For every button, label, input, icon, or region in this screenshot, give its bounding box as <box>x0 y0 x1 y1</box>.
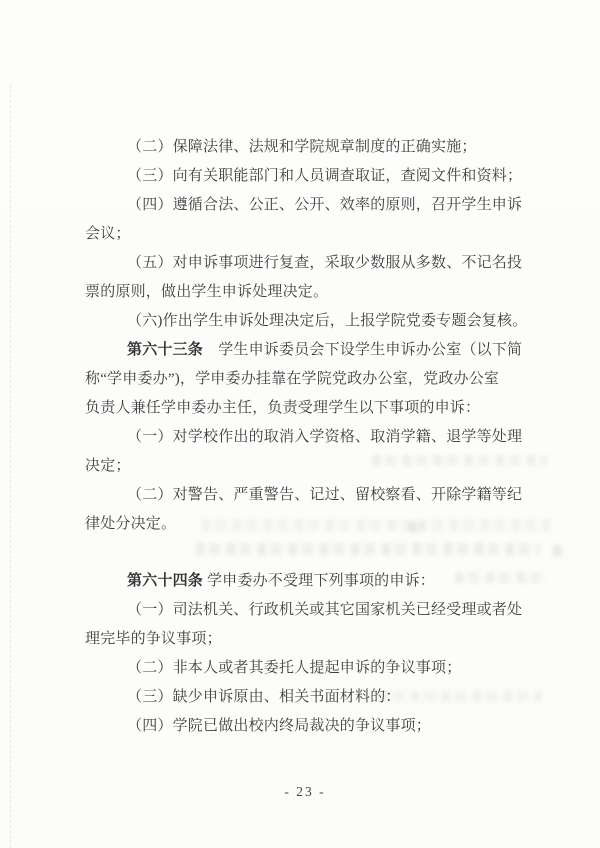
line-text: 决定； <box>85 458 131 474</box>
line-text: 理完毕的争议事项； <box>85 631 222 647</box>
line-text: （四）学院已做出校内终局裁决的争议事项； <box>127 718 431 734</box>
text-line: （二）保障法律、法规和学院规章制度的正确实施； <box>85 133 525 162</box>
line-text: 负责人兼任学申委办主任，负责受理学生以下事项的申诉： <box>85 400 480 416</box>
line-text: （三）向有关职能部门和人员调查取证，查阅文件和资料； <box>127 168 522 184</box>
text-line: （二）对警告、严重警告、记过、留校察看、开除学籍等纪 <box>85 481 525 510</box>
scanned-page: （二）保障法律、法规和学院规章制度的正确实施； （三）向有关职能部门和人员调查取… <box>0 0 600 848</box>
text-line: （一）对学校作出的取消入学资格、取消学籍、退学等处理 <box>85 423 525 452</box>
text-line: 会议； <box>85 220 525 249</box>
bleedthrough-smudge <box>553 545 565 557</box>
text-line: （二）非本人或者其委托人提起申诉的争议事项； <box>85 654 525 683</box>
line-text: 学申委办不受理下列事项的申诉： <box>203 573 435 589</box>
line-text: （五）对申诉事项进行复查，采取少数服从多数、不记名投 <box>127 255 522 271</box>
text-line: 第六十三条 学生申诉委员会下设学生申诉办公室（以下简 <box>85 336 525 365</box>
article-number: 第六十四条 <box>127 573 203 589</box>
text-line: （三）缺少申诉原由、相关书面材料的： <box>85 683 525 712</box>
text-line: 第六十四条 学申委办不受理下列事项的申诉： <box>85 567 525 596</box>
text-line: （六)作出学生申诉处理决定后，上报学院党委专题会复核。 <box>85 307 525 336</box>
line-text: 称“学申委办”)，学申委办挂靠在学院党政办公室，党政办公室 <box>85 371 499 387</box>
line-text: （二）保障法律、法规和学院规章制度的正确实施； <box>127 139 477 155</box>
line-text: （三）缺少申诉原由、相关书面材料的： <box>127 689 401 705</box>
text-line: （一）司法机关、行政机关或其它国家机关已经受理或者处 <box>85 596 525 625</box>
text-line: 律处分决定。 <box>85 510 525 539</box>
line-text: （一）对学校作出的取消入学资格、取消学籍、退学等处理 <box>127 429 522 445</box>
scan-edge-artifact <box>10 85 11 848</box>
text-line: （三）向有关职能部门和人员调查取证，查阅文件和资料； <box>85 162 525 191</box>
text-line: （四）学院已做出校内终局裁决的争议事项； <box>85 712 525 741</box>
text-line: （五）对申诉事项进行复查，采取少数服从多数、不记名投 <box>85 249 525 278</box>
text-line: 称“学申委办”)，学申委办挂靠在学院党政办公室，党政办公室 <box>85 365 525 394</box>
line-text: 会议； <box>85 226 131 242</box>
line-text: （二）非本人或者其委托人提起申诉的争议事项； <box>127 660 461 676</box>
line-text: （一）司法机关、行政机关或其它国家机关已经受理或者处 <box>127 602 522 618</box>
text-line: 决定； <box>85 452 525 481</box>
line-text: 票的原则，做出学生申诉处理决定。 <box>85 284 328 300</box>
text-line: 负责人兼任学申委办主任，负责受理学生以下事项的申诉： <box>85 394 525 423</box>
page-number: - 23 - <box>85 777 525 806</box>
text-line: 票的原则，做出学生申诉处理决定。 <box>85 278 525 307</box>
article-number: 第六十三条 <box>127 342 203 358</box>
line-text: （四）遵循合法、公正、公开、效率的原则，召开学生申诉 <box>127 197 522 213</box>
document-lines: （二）保障法律、法规和学院规章制度的正确实施； （三）向有关职能部门和人员调查取… <box>85 133 525 741</box>
line-text: 律处分决定。 <box>85 516 176 532</box>
document-body: （二）保障法律、法规和学院规章制度的正确实施； （三）向有关职能部门和人员调查取… <box>85 133 525 806</box>
line-text: 学生申诉委员会下设学生申诉办公室（以下简 <box>203 342 522 358</box>
line-text: （六)作出学生申诉处理决定后，上报学院党委专题会复核。 <box>127 313 527 329</box>
text-line: 理完毕的争议事项； <box>85 625 525 654</box>
line-text: （二）对警告、严重警告、记过、留校察看、开除学籍等纪 <box>127 487 522 503</box>
text-line: （四）遵循合法、公正、公开、效率的原则，召开学生申诉 <box>85 191 525 220</box>
